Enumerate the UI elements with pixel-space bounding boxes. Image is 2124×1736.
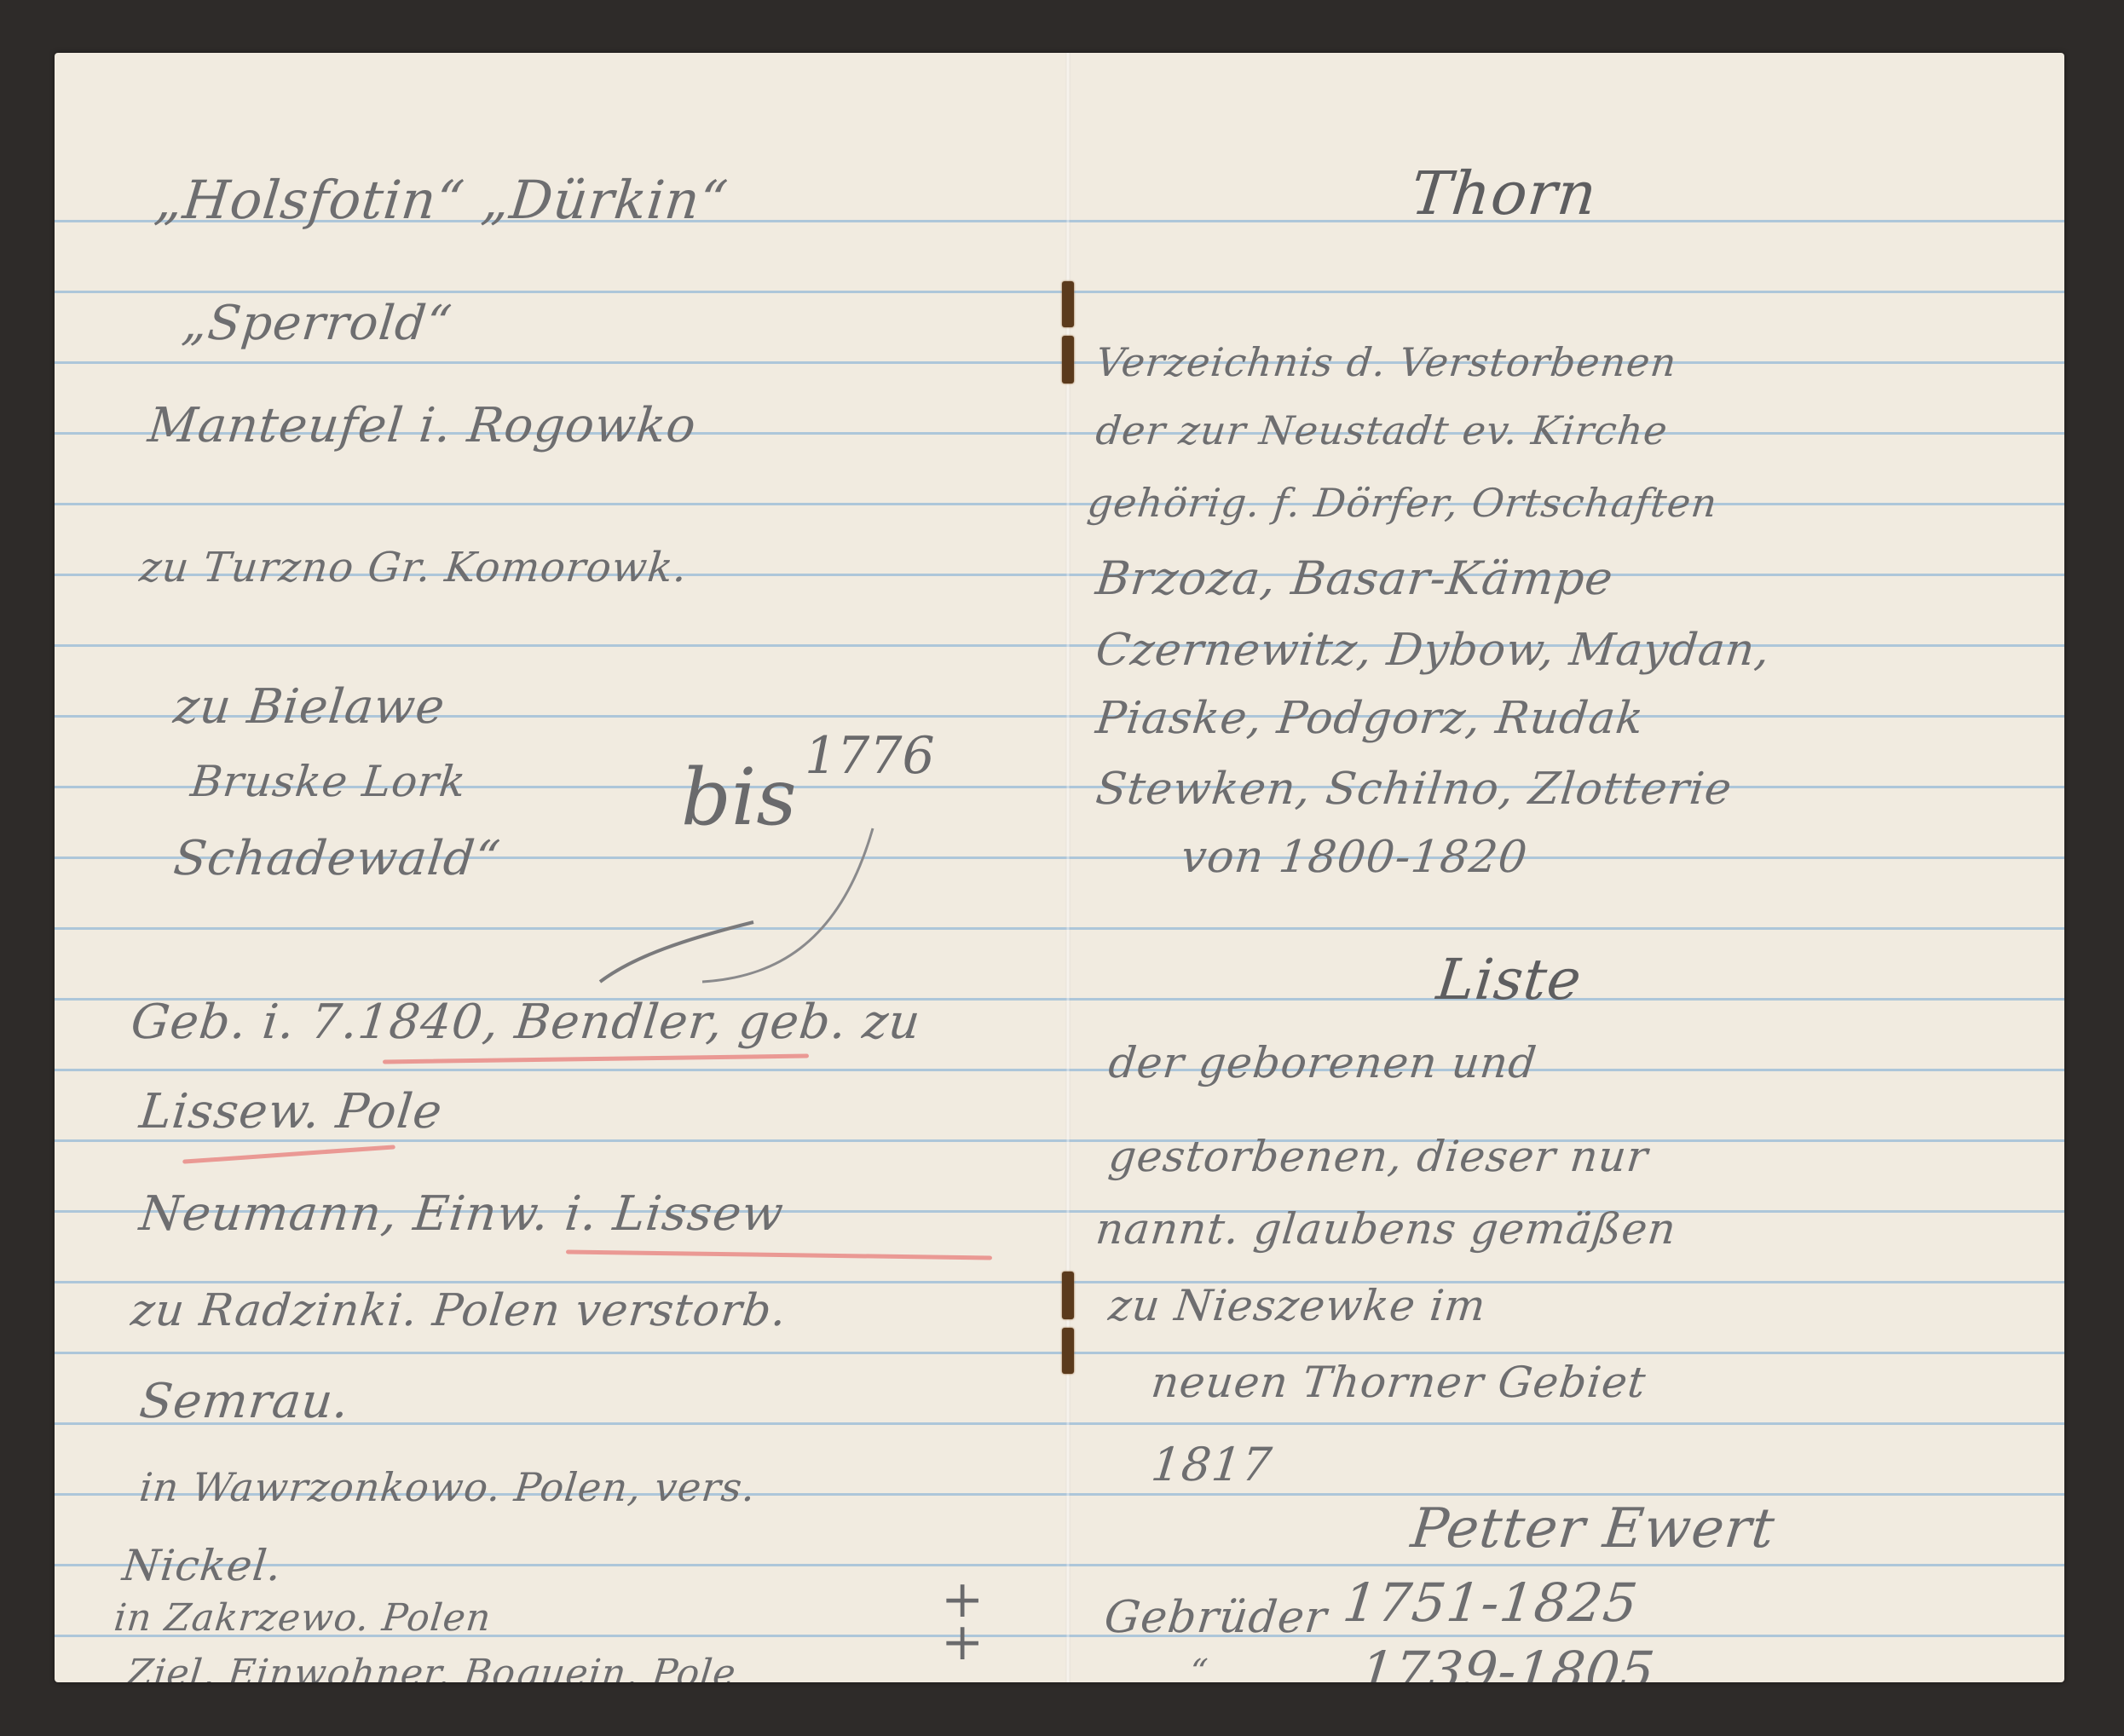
ditto-mark: “ bbox=[1188, 1655, 1210, 1682]
handwritten-line: Verzeichnis d. Verstorbenen bbox=[1094, 343, 1679, 382]
handwritten-line: Schadewald“ bbox=[171, 835, 503, 883]
handwritten-line: Brzoza, Basar-Kämpe bbox=[1094, 556, 1615, 602]
red-underline bbox=[383, 1054, 809, 1064]
handwritten-line: Lissew. Pole bbox=[137, 1088, 445, 1136]
handwritten-line: Bruske Lork bbox=[188, 760, 468, 803]
right-page: Thorn Verzeichnis d. Verstorbenen der zu… bbox=[1071, 53, 2064, 1682]
handwritten-line: von 1800-1820 bbox=[1179, 835, 1529, 880]
handwritten-line: zu Nieszewke im bbox=[1106, 1284, 1488, 1327]
section-subtitle: Liste bbox=[1434, 952, 1584, 1008]
handwritten-line: Nickel. bbox=[120, 1544, 284, 1587]
handwritten-line: zu Turzno Gr. Komorowk. bbox=[137, 547, 689, 588]
handwritten-line: zu Bielawe bbox=[171, 683, 447, 731]
handwritten-line: Geb. i. 7.1840, Bendler, geb. zu bbox=[129, 999, 923, 1047]
handwritten-line: Czernewitz, Dybow, Maydan, bbox=[1094, 628, 1772, 672]
person-name: Petter Ewert bbox=[1409, 1502, 1778, 1556]
handwritten-line: in Wawrzonkowo. Polen, vers. bbox=[138, 1468, 759, 1507]
page-title: Thorn bbox=[1408, 164, 1600, 223]
red-underline bbox=[182, 1145, 395, 1163]
notebook-spread: „Holsfotin“ „Dürkin“ „Sperrold“ Manteufe… bbox=[55, 53, 2064, 1682]
handwritten-line: gestorbenen, dieser nur bbox=[1106, 1135, 1650, 1178]
date-range: 1739-1805 bbox=[1358, 1645, 1658, 1682]
handwritten-line: Stewken, Schilno, Zlotterie bbox=[1094, 767, 1734, 811]
handwritten-line: „Sperrold“ bbox=[180, 300, 454, 348]
handwritten-line: gehörig. f. Dörfer, Ortschaften bbox=[1086, 483, 1720, 522]
handwritten-line: Semrau. bbox=[137, 1378, 352, 1426]
handwritten-line: der zur Neustadt ev. Kirche bbox=[1094, 411, 1670, 450]
handwritten-line: 1817 bbox=[1149, 1442, 1274, 1488]
handwritten-line: neuen Thorner Gebiet bbox=[1149, 1361, 1648, 1404]
handwritten-line: Neumann, Einw. i. Lissew bbox=[137, 1191, 786, 1238]
left-page: „Holsfotin“ „Dürkin“ „Sperrold“ Manteufe… bbox=[55, 53, 1065, 1682]
handwritten-line: in Zakrzewo. Polen bbox=[113, 1600, 493, 1637]
handwritten-line: nannt. glaubens gemäßen bbox=[1094, 1208, 1678, 1250]
handwritten-line: Ziel, Einwohner. Boguein. Pole bbox=[125, 1655, 738, 1682]
handwritten-line: Piaske, Podgorz, Rudak bbox=[1094, 696, 1646, 741]
date-range: 1751-1825 bbox=[1341, 1577, 1641, 1629]
handwritten-line: zu Radzinki. Polen verstorb. bbox=[129, 1289, 788, 1333]
handwritten-line: Manteufel i. Rogowko bbox=[146, 402, 699, 450]
pencil-curve-stroke bbox=[583, 777, 924, 999]
red-underline bbox=[566, 1250, 992, 1260]
handwritten-line: „Holsfotin“ „Dürkin“ bbox=[153, 174, 730, 227]
death-cross-icon: + bbox=[941, 1612, 984, 1672]
dates-label: Gebrüder bbox=[1102, 1595, 1329, 1640]
handwritten-line: der geborenen und bbox=[1106, 1041, 1538, 1084]
